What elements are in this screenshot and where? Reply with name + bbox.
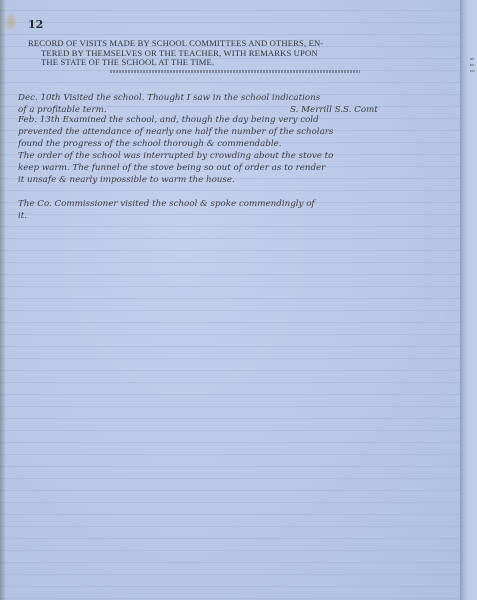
entry-line: found the progress of the school thoroug… xyxy=(18,138,458,150)
handwritten-entries: Dec. 10th Visited the school. Thought I … xyxy=(18,92,458,222)
entry-line: it. xyxy=(18,210,458,222)
ledger-page: 12 RECORD OF VISITS MADE BY SCHOOL COMMI… xyxy=(0,0,460,600)
adjacent-page-text: ot in co xyxy=(470,56,477,74)
entry-line: prevented the attendance of nearly one h… xyxy=(18,126,458,138)
blank-line xyxy=(18,186,458,198)
page-binding-shadow xyxy=(0,0,6,600)
paper-stain xyxy=(6,14,16,30)
page-number: 12 xyxy=(28,18,43,31)
adjacent-page-edge xyxy=(460,0,477,600)
entry-line: The order of the school was interrupted … xyxy=(18,150,458,162)
entry-line: it unsafe & nearly impossible to warm th… xyxy=(18,174,458,186)
entry-line: Dec. 10th Visited the school. Thought I … xyxy=(18,92,458,104)
entry-line: The Co. Commissioner visited the school … xyxy=(18,198,458,210)
entry-line: keep warm. The funnel of the stove being… xyxy=(18,162,458,174)
adjacent-fragment: co xyxy=(470,68,477,74)
ornamental-divider xyxy=(110,70,360,73)
entry-line: Feb. 13th Examined the school, and, thou… xyxy=(18,114,458,126)
heading-line-3: THE STATE OF THE SCHOOL AT THE TIME. xyxy=(28,58,458,68)
printed-heading: RECORD OF VISITS MADE BY SCHOOL COMMITTE… xyxy=(28,39,458,68)
